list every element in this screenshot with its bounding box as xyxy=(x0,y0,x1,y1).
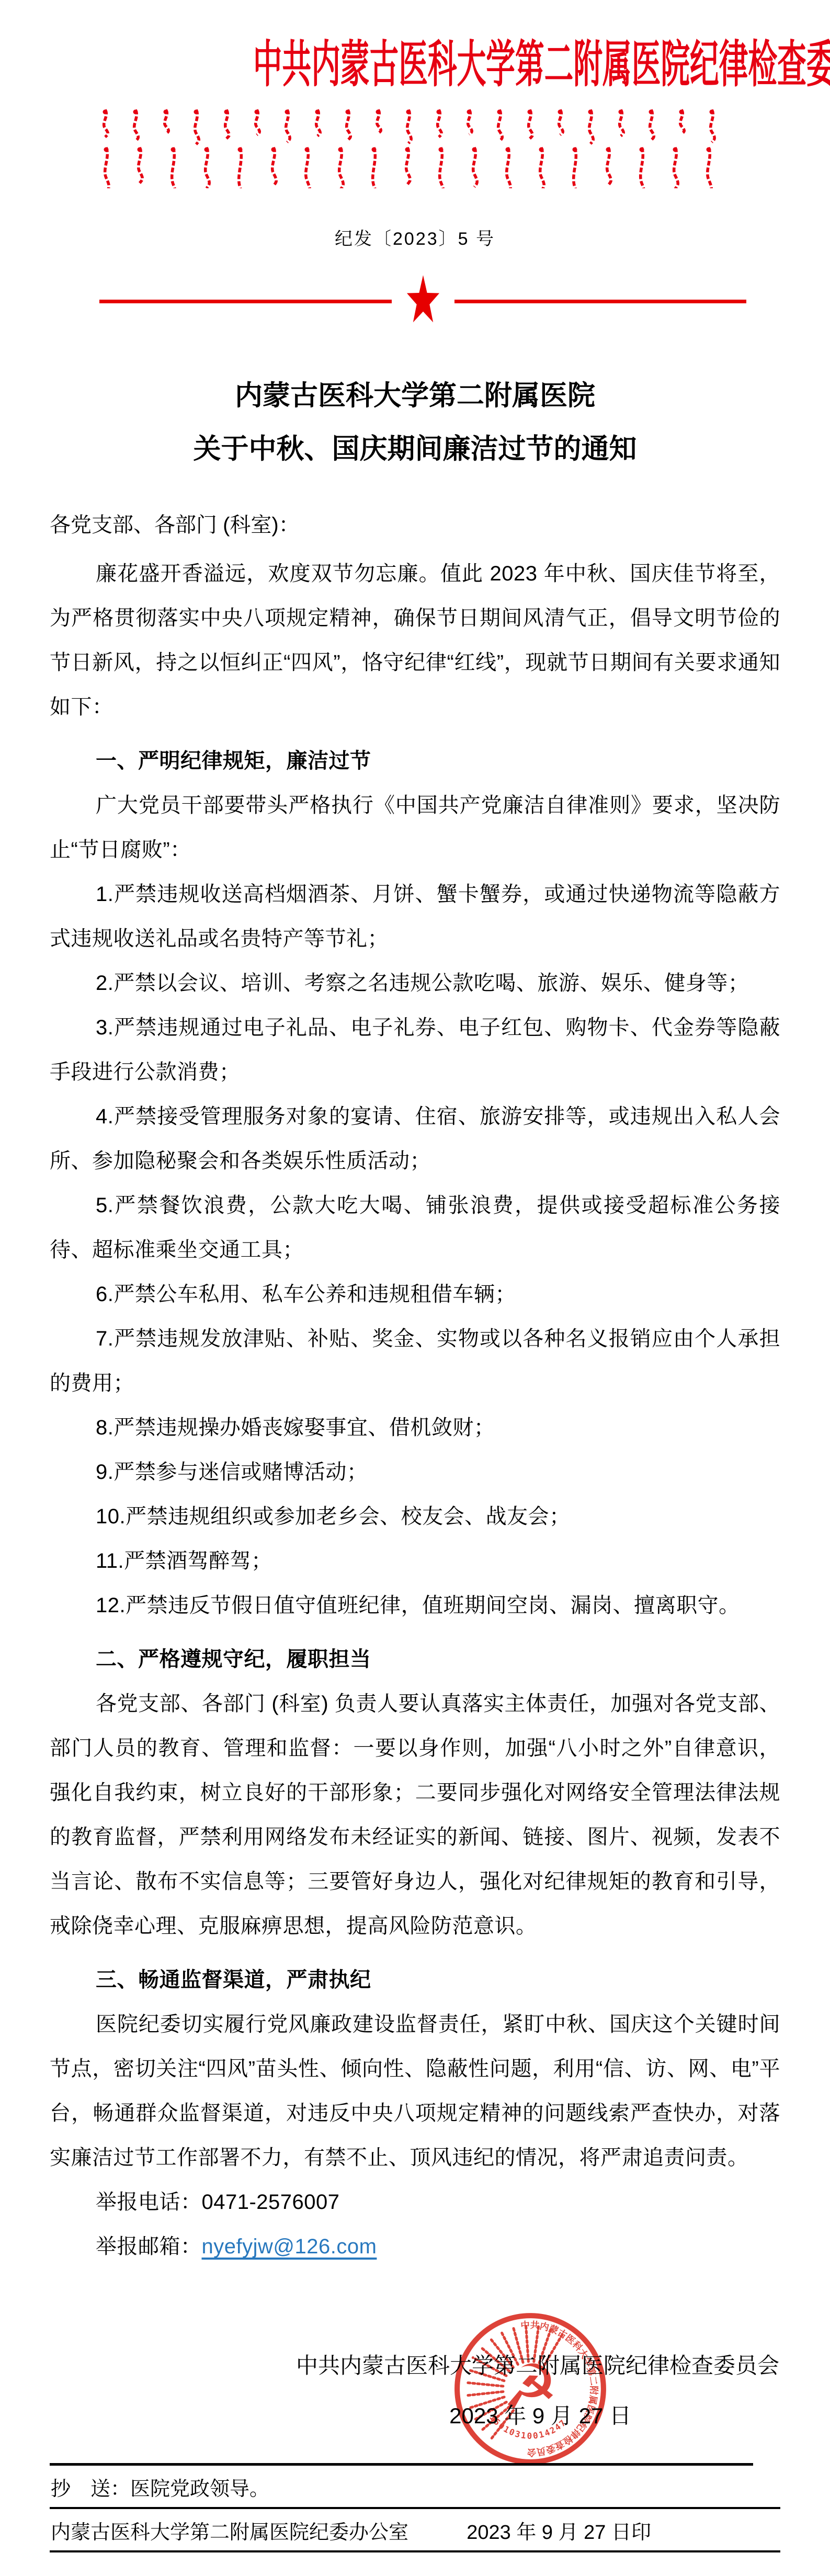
mongolian-script-band-icon xyxy=(94,109,737,188)
rule-item-11: 11.严禁酒驾醉驾； xyxy=(50,1539,780,1583)
doc-number: 纪发〔2023〕5 号 xyxy=(0,226,830,252)
salutation: 各党支部、各部门 (科室)： xyxy=(50,503,780,548)
red-star-icon xyxy=(405,274,441,328)
report-phone-label: 举报电话： xyxy=(96,2191,202,2214)
cc-value: 医院党政领导。 xyxy=(130,2472,269,2501)
rule-item-10: 10.严禁违规组织或参加老乡会、校友会、战友会； xyxy=(50,1495,780,1539)
section2-paragraph: 各党支部、各部门 (科室) 负责人要认真落实主体责任，加强对各党支部、部门人员的… xyxy=(50,1682,780,1948)
rule-item-9: 9.严禁参与迷信或赌博活动； xyxy=(50,1450,780,1495)
party-seal-icon: 中共内蒙古医科大学第二附属医院纪律检查委员会 15010310014247 ☭ xyxy=(449,2307,612,2470)
rule-item-12: 12.严禁违反节假日值守值班纪律，值班期间空岗、漏岗、擅离职守。 xyxy=(50,1583,780,1628)
section1-heading: 一、严明纪律规矩，廉洁过节 xyxy=(50,739,780,783)
document-title-line2: 关于中秋、国庆期间廉洁过节的通知 xyxy=(0,423,830,476)
report-phone-number: 0471-2576007 xyxy=(202,2191,340,2214)
report-email-link[interactable]: nyefyjw@126.com xyxy=(202,2235,377,2258)
section1-lead: 广大党员干部要带头严格执行《中国共产党廉洁自律准则》要求，坚决防止“节日腐败”： xyxy=(50,783,780,872)
rule-item-3: 3.严禁违规通过电子礼品、电子礼券、电子红包、购物卡、代金券等隐蔽手段进行公款消… xyxy=(50,1006,780,1095)
red-header-title: 中共内蒙古医科大学第二附属医院纪律检查委员会文件 xyxy=(253,36,830,94)
section3-paragraph: 医院纪委切实履行党风廉政建设监督责任，紧盯中秋、国庆这个关键时间节点，密切关注“… xyxy=(50,2002,780,2180)
document-title: 内蒙古医科大学第二附属医院 关于中秋、国庆期间廉洁过节的通知 xyxy=(0,369,830,476)
report-email-line: 举报邮箱：nyefyjw@126.com xyxy=(50,2225,780,2269)
red-rule-right xyxy=(454,300,747,303)
rule-item-8: 8.严禁违规操办婚丧嫁娶事宜、借机敛财； xyxy=(50,1406,780,1450)
rule-item-1: 1.严禁违规收送高档烟酒茶、月饼、蟹卡蟹券，或通过快递物流等隐蔽方式违规收送礼品… xyxy=(50,872,780,961)
rule-item-7: 7.严禁违规发放津贴、补贴、奖金、实物或以各种名义报销应由个人承担的费用； xyxy=(50,1317,780,1406)
hammer-and-sickle-icon: ☭ xyxy=(503,2352,558,2424)
report-email-label: 举报邮箱： xyxy=(96,2235,202,2258)
rule-item-2: 2.严禁以会议、培训、考察之名违规公款吃喝、旅游、娱乐、健身等； xyxy=(50,961,780,1006)
document-title-line1: 内蒙古医科大学第二附属医院 xyxy=(0,369,830,423)
footer-rule-bottom xyxy=(50,2550,780,2552)
section3-heading: 三、畅通监督渠道，严肃执纪 xyxy=(50,1958,780,2002)
section2-heading: 二、严格遵规守纪，履职担当 xyxy=(50,1637,780,1682)
cc-row: 抄 送：医院党政领导。 xyxy=(50,2466,780,2507)
red-rule-left xyxy=(99,300,392,303)
rule-item-5: 5.严禁餐饮浪费，公款大吃大喝、铺张浪费，提供或接受超标准公务接待、超标准乘坐交… xyxy=(50,1183,780,1272)
rule-item-4: 4.严禁接受管理服务对象的宴请、住宿、旅游安排等，或违规出入私人会所、参加隐秘聚… xyxy=(50,1095,780,1183)
cc-label: 抄 送： xyxy=(51,2472,130,2501)
rule-item-6: 6.严禁公车私用、私车公养和违规租借车辆； xyxy=(50,1272,780,1317)
intro-paragraph: 廉花盛开香溢远，欢度双节勿忘廉。值此 2023 年中秋、国庆佳节将至，为严格贯彻… xyxy=(50,552,780,730)
document-page: 中共内蒙古医科大学第二附属医院纪律检查委员会文件 纪发〔2023〕5 号 内蒙古… xyxy=(0,0,830,2576)
red-divider-rule xyxy=(99,274,746,328)
document-footer: 抄 送：医院党政领导。 内蒙古医科大学第二附属医院纪委办公室 2023 年 9 … xyxy=(50,2463,780,2552)
document-body: 廉花盛开香溢远，欢度双节勿忘廉。值此 2023 年中秋、国庆佳节将至，为严格贯彻… xyxy=(0,552,830,2269)
issuer-name: 内蒙古医科大学第二附属医院纪委办公室 xyxy=(51,2516,408,2545)
print-date: 2023 年 9 月 27 日印 xyxy=(467,2516,651,2545)
report-phone-line: 举报电话：0471-2576007 xyxy=(50,2180,780,2225)
issuer-row: 内蒙古医科大学第二附属医院纪委办公室 2023 年 9 月 27 日印 xyxy=(50,2509,780,2550)
